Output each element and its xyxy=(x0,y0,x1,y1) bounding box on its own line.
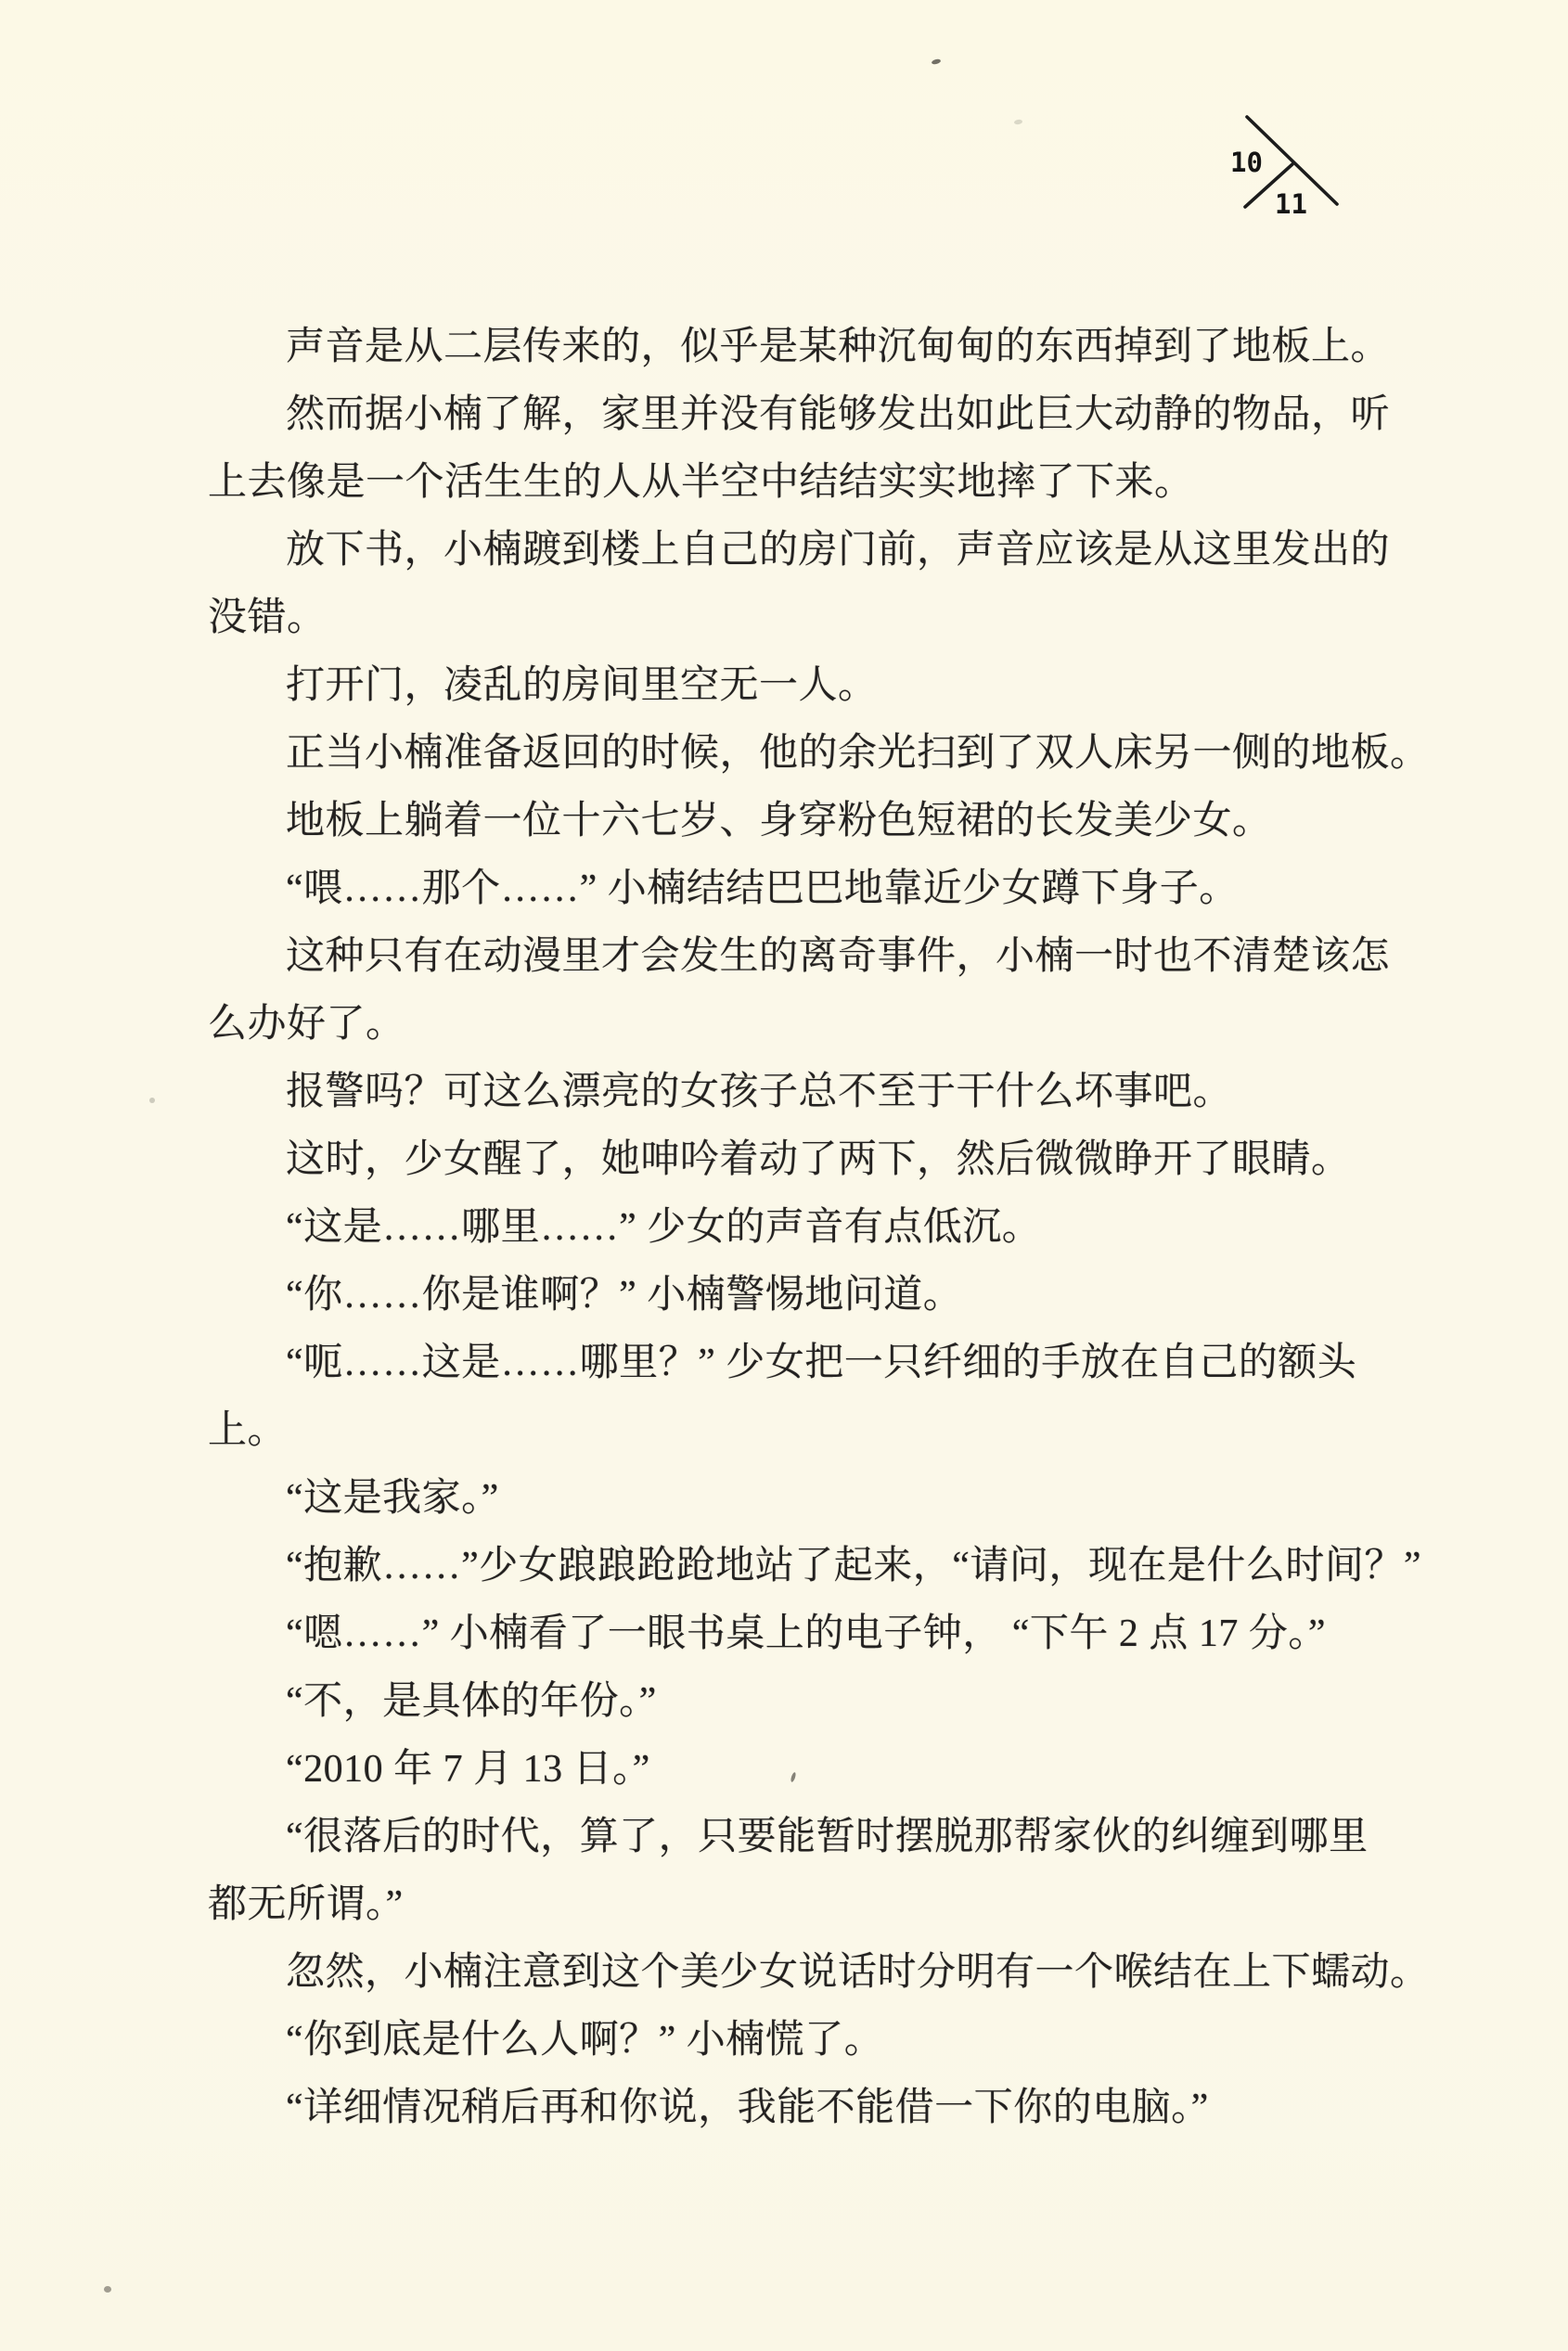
scan-speck xyxy=(932,58,942,65)
text-line: “嗯……” 小楠看了一眼书桌上的电子钟， “下午 2 点 17 分。” xyxy=(208,1600,1423,1668)
text-line: “详细情况稍后再和你说，我能不能借一下你的电脑。” xyxy=(208,2075,1423,2142)
text-line: 上去像是一个活生生的人从半空中结结实实地摔了下来。 xyxy=(208,449,1423,517)
scan-speck xyxy=(1014,119,1023,124)
text-line: 上。 xyxy=(208,1397,1423,1465)
body-text: 声音是从二层传来的，似乎是某种沉甸甸的东西掉到了地板上。然而据小楠了解，家里并没… xyxy=(208,314,1423,2142)
scanned-page: 10 11 声音是从二层传来的，似乎是某种沉甸甸的东西掉到了地板上。然而据小楠了… xyxy=(0,0,1568,2351)
text-line: 地板上躺着一位十六七岁、身穿粉色短裙的长发美少女。 xyxy=(208,788,1423,855)
text-line: “这是……哪里……” 少女的声音有点低沉。 xyxy=(208,1194,1423,1262)
text-line: “你……你是谁啊？” 小楠警惕地问道。 xyxy=(208,1262,1423,1330)
text-line: 这时，少女醒了，她呻吟着动了两下，然后微微睁开了眼睛。 xyxy=(208,1126,1423,1194)
text-line: “抱歉……”少女踉踉跄跄地站了起来，“请问，现在是什么时间？” xyxy=(208,1533,1423,1600)
text-line: “2010 年 7 月 13 日。” xyxy=(208,1736,1423,1804)
text-line: “喂……那个……” 小楠结结巴巴地靠近少女蹲下身子。 xyxy=(208,855,1423,923)
text-line: 报警吗？可这么漂亮的女孩子总不至于干什么坏事吧。 xyxy=(208,1059,1423,1126)
text-line: “呃……这是……哪里？” 少女把一只纤细的手放在自己的额头 xyxy=(208,1330,1423,1397)
text-line: “你到底是什么人啊？” 小楠慌了。 xyxy=(208,2007,1423,2075)
text-line: “这是我家。” xyxy=(208,1465,1423,1533)
text-line: 都无所谓。” xyxy=(208,1871,1423,1939)
page-number-marker: 10 11 xyxy=(1197,104,1364,234)
text-line: 打开门，凌乱的房间里空无一人。 xyxy=(208,652,1423,720)
text-line: 这种只有在动漫里才会发生的离奇事件，小楠一时也不清楚该怎 xyxy=(208,923,1423,991)
text-line: “不，是具体的年份。” xyxy=(208,1668,1423,1736)
text-line: 正当小楠准备返回的时候，他的余光扫到了双人床另一侧的地板。 xyxy=(208,720,1423,788)
text-line: 忽然，小楠注意到这个美少女说话时分明有一个喉结在上下蠕动。 xyxy=(208,1939,1423,2007)
text-line: 声音是从二层传来的，似乎是某种沉甸甸的东西掉到了地板上。 xyxy=(208,314,1423,381)
text-line: 么办好了。 xyxy=(208,991,1423,1059)
text-line: 没错。 xyxy=(208,585,1423,652)
text-line: 然而据小楠了解，家里并没有能够发出如此巨大动静的物品，听 xyxy=(208,381,1423,449)
scan-speck xyxy=(104,2286,111,2293)
scan-speck xyxy=(149,1098,155,1103)
page-number-bottom: 11 xyxy=(1275,188,1307,220)
text-line: “很落后的时代，算了，只要能暂时摆脱那帮家伙的纠缠到哪里 xyxy=(208,1804,1423,1871)
text-line: 放下书，小楠踱到楼上自己的房门前，声音应该是从这里发出的 xyxy=(208,517,1423,585)
page-number-top: 10 xyxy=(1230,147,1263,178)
